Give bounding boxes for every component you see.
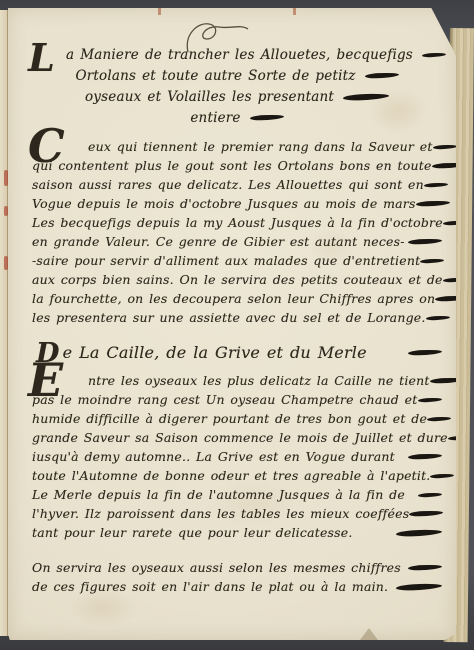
text-line: Le Merle depuis la fin de l'automne Jusq…	[32, 485, 442, 504]
line-filler-dash	[408, 564, 442, 571]
line-text: la fourchette, on les decoupera selon le…	[32, 291, 435, 306]
line-text: aux corps bien sains. On le servira des …	[32, 272, 443, 287]
text-line: saison aussi rares que delicatz. Les All…	[32, 175, 442, 194]
text-line: humide difficille à digerer pourtant de …	[32, 409, 442, 428]
text-line: aux corps bien sains. On le servira des …	[32, 270, 442, 289]
title-text: entiere	[190, 110, 240, 126]
red-edge-tick	[293, 8, 296, 15]
line-filler-dash	[396, 582, 442, 590]
line-filler-dash	[408, 238, 442, 245]
line-filler-dash	[418, 397, 442, 402]
text-line: E ntre les oyseaux les plus delicatz la …	[32, 371, 442, 390]
text-line: grande Saveur sa Saison commence le mois…	[32, 428, 442, 447]
manuscript-page: L a Maniere de trancher les Allouetes, b…	[8, 8, 456, 640]
line-filler-dash	[408, 349, 442, 356]
paragraph-caille: E ntre les oyseaux les plus delicatz la …	[32, 371, 442, 542]
text-line: On servira les oyseaux aussi selon les m…	[32, 558, 442, 577]
line-filler-dash	[422, 52, 446, 57]
photograph-of-manuscript: L a Maniere de trancher les Allouetes, b…	[0, 0, 474, 650]
text-line: pas le moindre rang cest Un oyseau Champ…	[32, 390, 442, 409]
text-line: Vogue depuis le mois d'octobre Jusques a…	[32, 194, 442, 213]
title-text: oyseaux et Volailles les presentant	[85, 89, 334, 105]
line-filler-dash	[420, 258, 444, 263]
paragraph-ortolans: C eux qui tiennent le premier rang dans …	[32, 137, 442, 327]
title-text: Ortolans et toute autre Sorte de petitz	[75, 68, 355, 84]
line-filler-dash	[415, 200, 449, 207]
text-line: -saire pour servir d'alliment aux malade…	[32, 251, 442, 270]
title-line: entiere	[32, 107, 442, 128]
line-text: saison aussi rares que delicatz. Les All…	[32, 177, 424, 192]
line-text: eux qui tiennent le premier rang dans la…	[88, 139, 433, 154]
line-text: iusqu'à demy automne.. La Grive est en V…	[32, 449, 395, 464]
line-text: l'hyver. Ilz paroissent dans les tables …	[32, 506, 409, 521]
text-line: qui contentent plus le gout sont les Ort…	[32, 156, 442, 175]
line-filler-dash	[364, 72, 398, 79]
line-text: Le Merle depuis la fin de l'automne Jusq…	[32, 487, 405, 502]
text-line: de ces figures soit en l'air dans le pla…	[32, 577, 442, 596]
line-filler-dash	[425, 315, 449, 320]
line-text: Vogue depuis le mois d'octobre Jusques a…	[32, 196, 416, 211]
line-filler-dash	[250, 114, 284, 121]
text-line: l'hyver. Ilz paroissent dans les tables …	[32, 504, 442, 523]
text-line: tant pour leur rarete que pour leur deli…	[32, 523, 442, 542]
line-text: de ces figures soit en l'air dans le pla…	[32, 579, 388, 594]
pen-flourish-mark	[182, 16, 260, 58]
red-edge-mark	[4, 256, 8, 270]
line-text: les presentera sur une assiette avec du …	[32, 310, 426, 325]
text-line: en grande Valeur. Ce genre de Gibier est…	[32, 232, 442, 251]
handwritten-text: L a Maniere de trancher les Allouetes, b…	[32, 44, 442, 640]
line-text: humide difficille à digerer pourtant de …	[32, 411, 427, 426]
line-text: tant pour leur rarete que pour leur deli…	[32, 525, 353, 540]
line-filler-dash	[409, 510, 443, 517]
swash-initial-E: E	[28, 357, 63, 403]
page-edge-line	[7, 10, 8, 636]
text-line: iusqu'à demy automne.. La Grive est en V…	[32, 447, 442, 466]
line-filler-dash	[432, 144, 456, 149]
line-filler-dash	[343, 92, 389, 100]
title-line: oyseaux et Volailles les presentant	[32, 86, 442, 107]
line-filler-dash	[418, 492, 442, 497]
line-text: toute l'Automne de bonne odeur et tres a…	[32, 468, 430, 483]
text-line: C eux qui tiennent le premier rang dans …	[32, 137, 442, 156]
line-text: -saire pour servir d'alliment aux malade…	[32, 253, 420, 268]
text-line: toute l'Automne de bonne odeur et tres a…	[32, 466, 442, 485]
closing-paragraph: On servira les oyseaux aussi selon les m…	[32, 558, 442, 596]
line-text: ntre les oyseaux les plus delicatz la Ca…	[88, 373, 430, 388]
line-text: On servira les oyseaux aussi selon les m…	[32, 560, 401, 575]
text-line: les presentera sur une assiette avec du …	[32, 308, 442, 327]
section-header-caille-grive-merle: D e La Caille, de la Grive et du Merle	[32, 337, 442, 367]
line-filler-dash	[408, 453, 442, 460]
line-filler-dash	[424, 182, 448, 187]
red-edge-tick	[158, 8, 161, 15]
text-line: Les becquefigs depuis la my Aoust Jusque…	[32, 213, 442, 232]
section-header-text: e La Caille, de la Grive et du Merle	[63, 343, 367, 362]
line-text: qui contentent plus le gout sont les Ort…	[32, 158, 432, 173]
text-line: la fourchette, on les decoupera selon le…	[32, 289, 442, 308]
line-filler-dash	[430, 473, 454, 478]
red-edge-mark	[4, 170, 8, 186]
line-text: pas le moindre rang cest Un oyseau Champ…	[32, 392, 417, 407]
line-text: Les becquefigs depuis la my Aoust Jusque…	[32, 215, 443, 230]
line-text: en grande Valeur. Ce genre de Gibier est…	[32, 234, 405, 249]
line-text: grande Saveur sa Saison commence le mois…	[32, 430, 448, 445]
swash-initial-C: C	[28, 123, 65, 169]
title-line: Ortolans et toute autre Sorte de petitz	[32, 65, 442, 86]
line-filler-dash	[396, 528, 442, 536]
line-filler-dash	[427, 416, 451, 421]
red-edge-mark	[4, 206, 8, 216]
